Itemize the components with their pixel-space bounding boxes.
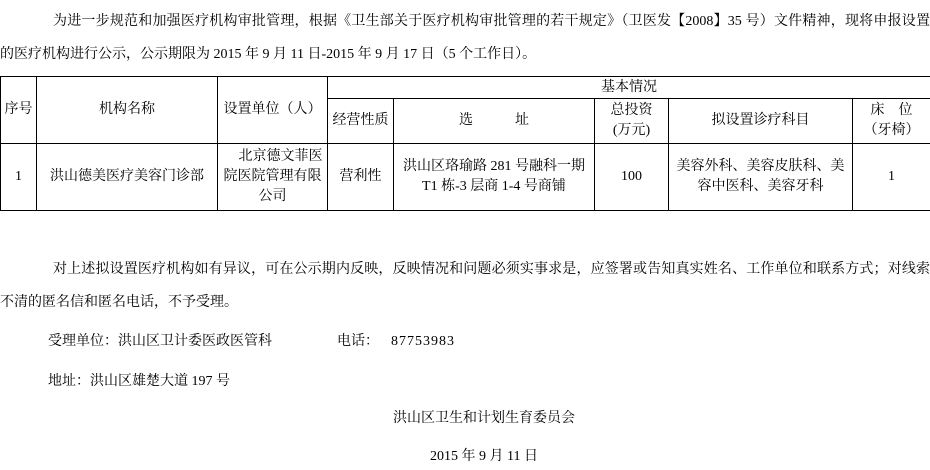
table-header-row-1: 序号 机构名称 设置单位（人） 基本情况 [1,77,930,99]
header-basic-info-group: 基本情况 [328,77,930,99]
header-site-location: 选 址 [394,99,595,144]
phone-number: 87753983 [391,334,455,349]
header-beds-dental-chairs: 床 位 （牙椅） [853,99,930,144]
cell-site-location: 洪山区珞瑜路 281 号融科一期 T1 栋-3 层商 1-4 号商铺 [394,144,595,211]
phone-label: 电话： [337,334,379,349]
objection-paragraph: 对上述拟设置医疗机构如有异议，可在公示期内反映，反映情况和问题必须实事求是，应签… [0,253,930,319]
cell-business-nature: 营利性 [328,144,394,211]
header-proposed-subjects: 拟设置诊疗科目 [669,99,853,144]
institutions-table: 序号 机构名称 设置单位（人） 基本情况 经营性质 选 址 总投资 (万元) 拟… [0,76,930,211]
cell-proposed-subjects: 美容外科、美容皮肤科、美容中医科、美容牙科 [669,144,853,211]
header-business-nature: 经营性质 [328,99,394,144]
issue-date-text: 2015 年 9 月 11 日 [0,445,930,469]
office-address-text: 地址：洪山区雄楚大道 197 号 [0,370,930,394]
cell-beds-dental-chairs: 1 [853,144,930,211]
issuing-authority-text: 洪山区卫生和计划生育委员会 [0,407,930,431]
cell-setting-unit: 北京德文菲医院医院管理有限公司 [218,144,328,211]
table-row: 1 洪山德美医疗美容门诊部 北京德文菲医院医院管理有限公司 营利性 洪山区珞瑜路… [1,144,930,211]
cell-total-investment: 100 [595,144,669,211]
phone-group: 电话：87753983 [337,330,455,354]
acceptance-unit-text: 受理单位：洪山区卫计委医政医管科 [48,334,272,349]
header-total-investment: 总投资 (万元) [595,99,669,144]
public-notice-document: 为进一步规范和加强医疗机构审批管理，根据《卫生部关于医疗机构审批管理的若干规定》… [0,0,930,470]
header-institution-name: 机构名称 [37,77,218,144]
cell-serial-number: 1 [1,144,37,211]
header-setting-unit: 设置单位（人） [218,77,328,144]
header-serial-number: 序号 [1,77,37,144]
contact-line: 受理单位：洪山区卫计委医政医管科 电话：87753983 [0,330,930,354]
intro-paragraph: 为进一步规范和加强医疗机构审批管理，根据《卫生部关于医疗机构审批管理的若干规定》… [0,5,930,71]
cell-institution-name: 洪山德美医疗美容门诊部 [37,144,218,211]
